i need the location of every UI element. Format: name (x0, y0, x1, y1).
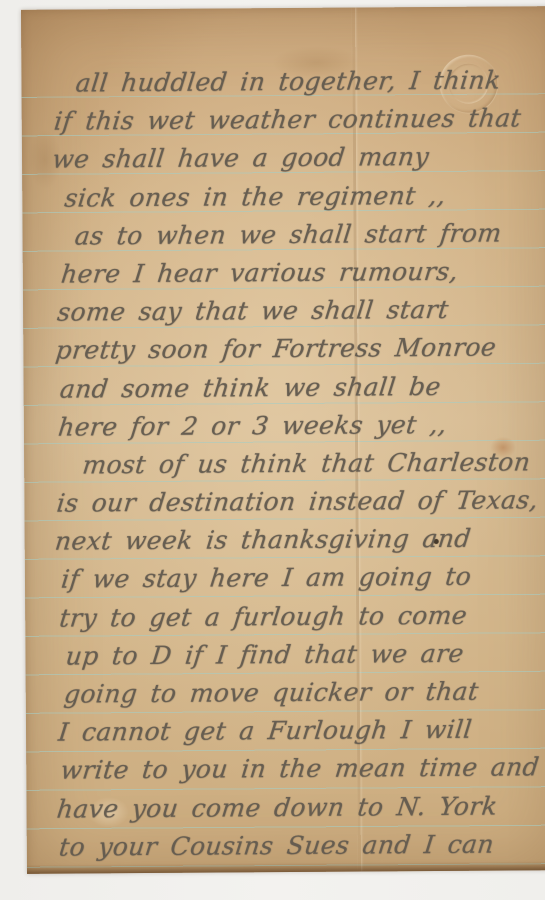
handwritten-line: up to D if I find that we are (54, 634, 545, 676)
handwritten-line: here for 2 or 3 weeks yet ,, (52, 405, 545, 447)
handwritten-line: most of us think that Charleston (52, 443, 545, 485)
handwritten-line: and some think we shall be (52, 367, 545, 409)
handwritten-text: all huddled in together, I think if this… (49, 61, 545, 866)
handwritten-line: if we stay here I am going to (53, 558, 545, 600)
letter-paper: all huddled in together, I think if this… (21, 6, 545, 874)
handwritten-line: I cannot get a Furlough I will (54, 710, 545, 752)
handwritten-line: is our destination instead of Texas, (53, 481, 545, 523)
handwritten-line: have you come down to N. York (55, 787, 545, 829)
handwritten-line: here I hear various rumours, (51, 252, 545, 294)
handwritten-line: pretty soon for Fortress Monroe (52, 328, 545, 370)
handwritten-line: all huddled in together, I think (50, 61, 545, 103)
handwritten-line: try to get a furlough to come (53, 596, 545, 638)
handwritten-line: as to when we shall start from (51, 214, 545, 256)
handwritten-line: sick ones in the regiment ,, (50, 176, 545, 218)
scanned-letter-page: all huddled in together, I think if this… (0, 0, 545, 900)
handwritten-line: going to move quicker or that (54, 672, 545, 714)
handwritten-line: some say that we shall start (51, 290, 545, 332)
handwritten-line: next week is thanksgiving and (53, 519, 545, 561)
handwritten-line: to your Cousins Sues and I can (55, 825, 545, 867)
handwritten-line: write to you in the mean time and (54, 748, 545, 790)
handwritten-line: if this wet weather continues that (50, 99, 545, 141)
handwritten-line: we shall have a good many (50, 137, 545, 179)
